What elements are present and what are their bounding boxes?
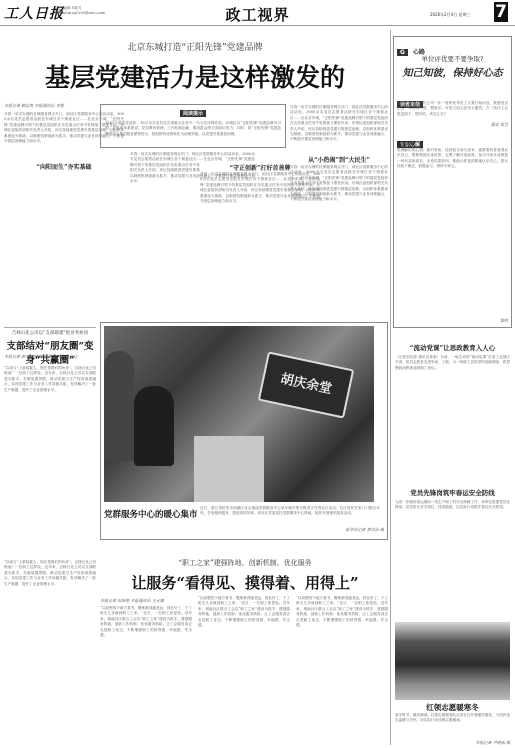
expert-text: 很理解你的心情。面对争取，选择是否参与竞争，最重要的是客观认识自己，既要看到自身… bbox=[397, 148, 508, 318]
lead-body-col4: 开春一站式办理的社保服务网点开门，到社区党群服务中心的活动室，3000余名党员志… bbox=[290, 165, 388, 315]
mind-question: 单位评优要不要争取? bbox=[393, 54, 512, 63]
lower-kicker: “职工之家”建强阵地、创新机制、优化服务 bbox=[100, 558, 390, 568]
side1-kicker: 吉林石化公司以“支部联建”促业务协同 bbox=[4, 330, 96, 336]
side1-body-cont: “以前与”上游装置人，现在是我们的伙伴”。吉林石化公司炼油厂一位职工这样说。近年… bbox=[4, 560, 96, 746]
goods-boxes bbox=[194, 436, 264, 502]
side1-body: “以前与”上游装置人，现在是我们的伙伴”。吉林石化公司炼油厂一位职工这样说。近年… bbox=[4, 366, 96, 556]
shop-sign-text: 胡庆余堂 bbox=[260, 354, 352, 416]
lower-headline: 让服务“看得见、摸得着、用得上” bbox=[100, 572, 390, 593]
lower-body-col1: “以前想找个地方看书、锻炼都得跑老远，现在好了，下了班走几步就到职工之家。”近日… bbox=[100, 606, 192, 746]
reading-tip-label: 阅读提示 bbox=[180, 110, 206, 117]
reading-tip-box: 阅读提示 3547个基层党组织、19万余名党员在各项重点任务中一马当先冲锋在前，… bbox=[100, 104, 286, 148]
lead-headline: 基层党建活力是这样激发的 bbox=[0, 58, 390, 94]
reader-sign: 湖北 郑莹 bbox=[460, 122, 508, 128]
story3-title: 党员先锋岗筑牢春运安全防线 bbox=[393, 488, 512, 497]
side1-byline: 本报记者 彭冰 柳姗姗 本报通讯员 杨孟廷 bbox=[4, 354, 94, 360]
story3-text: 为进一步做好春运期间一线生产职工的安全保障工作，该单位组建党员先锋岗，党员带头坚… bbox=[395, 500, 510, 620]
mind-title: 知己知彼，保持好心态 bbox=[393, 64, 512, 79]
lower-body-col3: “以前想找个地方看书、锻炼都得跑老远，现在好了，下了班走几步就到职工之家。”近日… bbox=[296, 596, 388, 746]
divider bbox=[4, 327, 96, 328]
lead-subhead-3: 从“小热闹”到“大民生” bbox=[290, 155, 388, 164]
volunteer-photo bbox=[395, 622, 510, 700]
expert-sign: 黎明 bbox=[470, 318, 508, 324]
lead-subhead-1: “向阳而生”夯实基础 bbox=[4, 162, 124, 171]
person-silhouette bbox=[104, 351, 134, 461]
page-number: 7 bbox=[494, 2, 508, 22]
story2-title: “流动党课”让思政教育入人心 bbox=[393, 343, 512, 352]
story2-text: （记者刘友婷 通讯员蒋奎）日前，一场生动的“流动党课”在某工业园区开讲，党员志愿… bbox=[395, 355, 510, 475]
story4-text: 寒冬时节，暖风满城。红领志愿服务队走进社区开展便民服务，为居民送去温暖与关怀，用… bbox=[395, 713, 510, 741]
side1-headline: 支部结对“朋友圈”变身“共赢圈” bbox=[2, 338, 98, 366]
lead-kicker: 北京东城打造“正阳先锋”党建品牌 bbox=[0, 40, 390, 53]
lower-byline: 本报记者 田国垒 本报通讯员 王元颖 bbox=[100, 598, 192, 604]
issue-date: 2026年2月4日 星期三 bbox=[430, 12, 471, 18]
market-photo: 胡庆余堂 bbox=[104, 326, 374, 502]
reading-tip-text: 3547个基层党组织、19万余名党员在各项重点任务中一马当先冲锋在前，东城区以“… bbox=[101, 119, 285, 155]
expert-greeting: 郑莹您好： bbox=[397, 141, 420, 147]
story4-credit: 本报记者 尹晓燕 摄 bbox=[440, 740, 510, 746]
lead-body-col4-top: 开春一站式办理的社保服务网点开门，到社区党群服务中心的活动室，3000余名党员志… bbox=[290, 105, 388, 150]
photo-caption-title: 党群服务中心的暖心集市 bbox=[104, 508, 204, 520]
photo-credit: 新华社记者 黄宗治 摄 bbox=[320, 527, 384, 533]
person-silhouette bbox=[134, 386, 174, 466]
lower-body-col2: “以前想找个地方看书、锻炼都得跑老远，现在好了，下了班走几步就到职工之家。”近日… bbox=[198, 596, 290, 746]
shop-sign: 胡庆余堂 bbox=[258, 351, 354, 418]
story4-title: 红领志愿暖寒冬 bbox=[393, 702, 512, 713]
column-divider bbox=[390, 30, 391, 745]
photo-caption-text: 近日，浙江省杭州市西湖区北山街道党群服务中心举办暖冬集市暨老字号进社区活动，社区… bbox=[200, 506, 380, 528]
